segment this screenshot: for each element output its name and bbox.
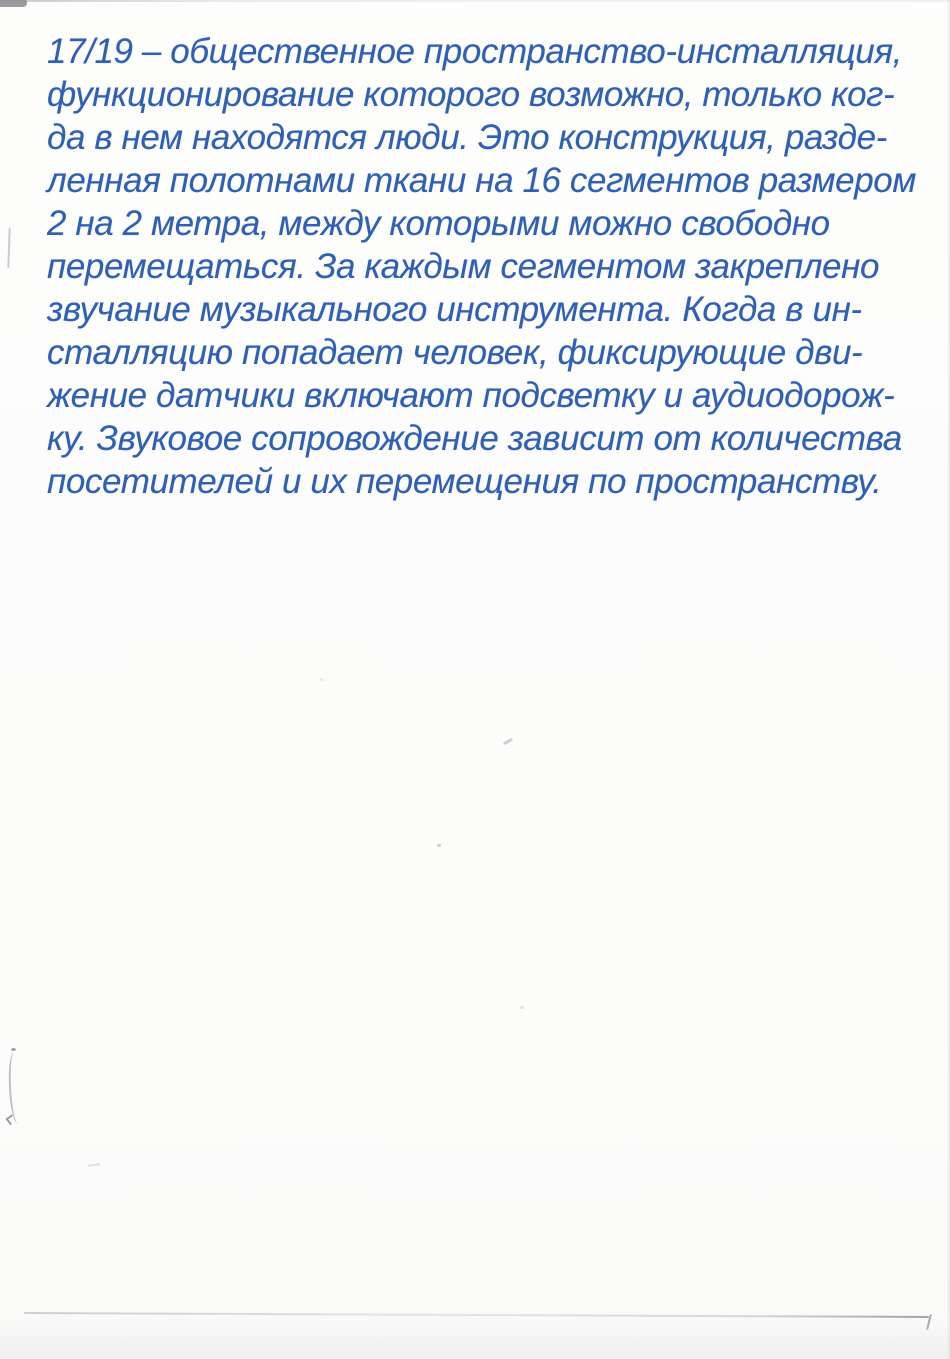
scan-left-curve-dot bbox=[11, 1048, 16, 1051]
text-line: ленная полотнами ткани на 16 сегментов р… bbox=[47, 159, 927, 202]
text-line: перемещаться. За каждым сегментом закреп… bbox=[47, 245, 927, 288]
scan-bottom-shadow bbox=[0, 1321, 950, 1359]
scan-speck bbox=[320, 678, 323, 681]
scan-corner-mark bbox=[0, 0, 27, 7]
text-line: 2 на 2 метра, между которыми можно свобо… bbox=[47, 202, 927, 245]
text-line: звучание музыкального инструмента. Когда… bbox=[47, 288, 927, 331]
text-line: жение датчики включают подсветку и аудио… bbox=[47, 374, 927, 417]
scan-left-smudge bbox=[7, 228, 10, 268]
scan-left-chevron-mark: ‹ bbox=[2, 1105, 16, 1132]
paragraph: 17/19 – общественное пространство-инстал… bbox=[47, 30, 927, 503]
text-line: да в нем находятся люди. Это конструкция… bbox=[47, 116, 927, 159]
scanned-document-page: 17/19 – общественное пространство-инстал… bbox=[0, 0, 950, 1359]
text-line: сталляцию попадает человек, фиксирующие … bbox=[47, 331, 927, 374]
scan-speck bbox=[88, 1163, 100, 1167]
text-line: функционирование которого возможно, толь… bbox=[47, 73, 927, 116]
text-line: 17/19 – общественное пространство-инстал… bbox=[47, 30, 927, 73]
scan-speck bbox=[437, 844, 441, 847]
text-line: ку. Звуковое сопровождение зависит от ко… bbox=[47, 417, 927, 460]
scan-speck bbox=[503, 738, 513, 745]
text-line: посетителей и их перемещения по простран… bbox=[47, 460, 927, 503]
scan-speck bbox=[520, 1006, 524, 1009]
scan-bottom-hairline bbox=[24, 1312, 929, 1318]
scan-top-edge-shadow bbox=[0, 0, 950, 2]
